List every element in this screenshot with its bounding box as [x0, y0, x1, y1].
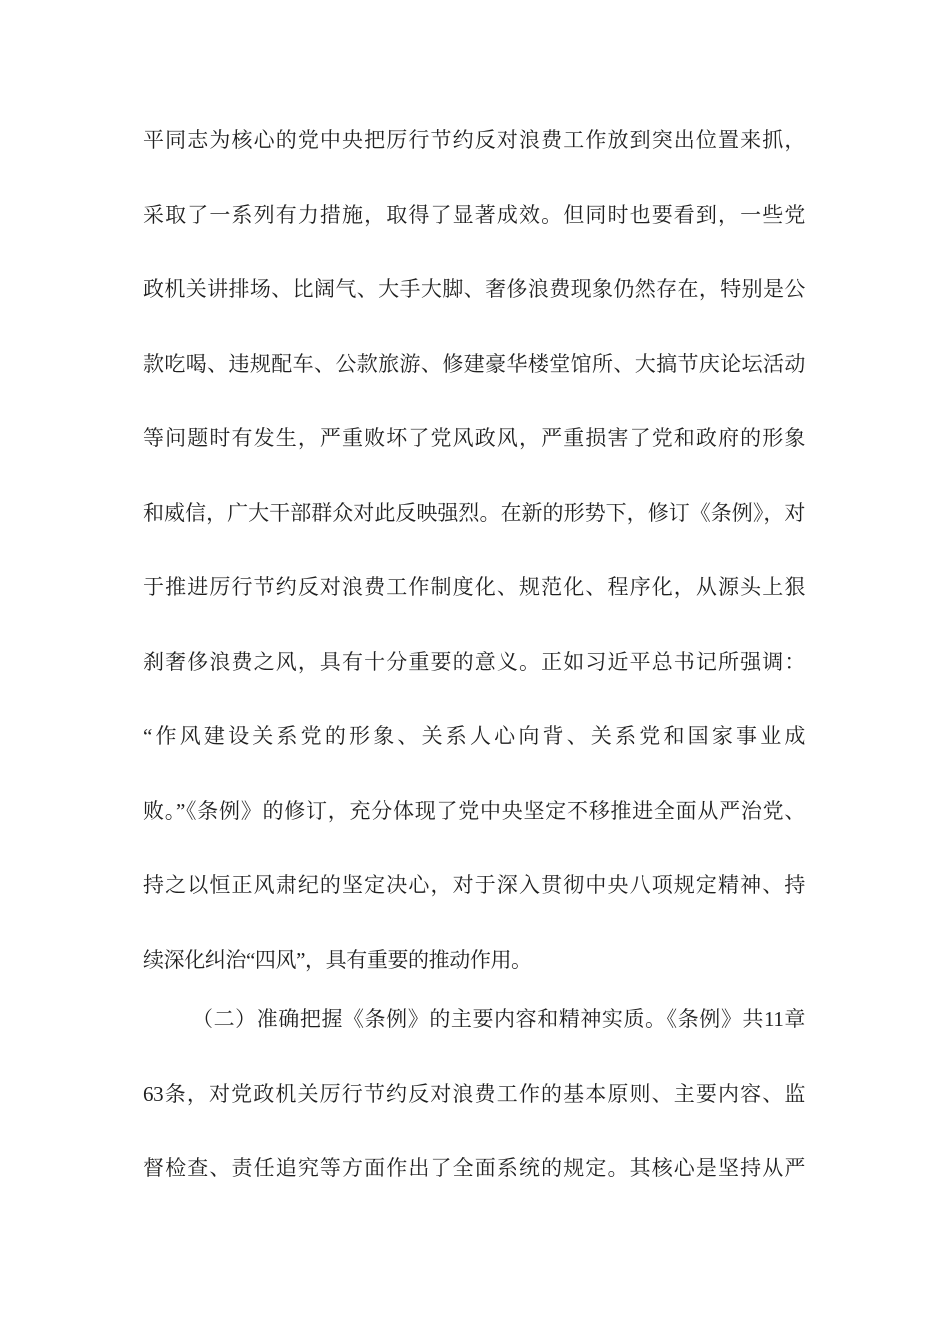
paragraph-continuation: 平同志为核心的党中央把厉行节约反对浪费工作放到突出位置来抓， 采取了一系列有力措… — [143, 103, 805, 997]
text-line: 平同志为核心的党中央把厉行节约反对浪费工作放到突出位置来抓， — [143, 103, 805, 178]
text-line: 于推进厉行节约反对浪费工作制度化、规范化、程序化，从源头上狠 — [143, 550, 805, 625]
paragraph-section-2: （二）准确把握《条例》的主要内容和精神实质。《条例》共11章 63条，对党政机关… — [143, 982, 805, 1206]
text-line: “作风建设关系党的形象、关系人心向背、关系党和国家事业成 — [143, 699, 805, 774]
text-line: 败。”《条例》的修订，充分体现了党中央坚定不移推进全面从严治党、 — [143, 774, 805, 849]
text-line: （二）准确把握《条例》的主要内容和精神实质。《条例》共11章 — [143, 982, 805, 1057]
text-line: 款吃喝、违规配车、公款旅游、修建豪华楼堂馆所、大搞节庆论坛活动 — [143, 327, 805, 402]
text-line: 采取了一系列有力措施，取得了显著成效。但同时也要看到，一些党 — [143, 178, 805, 253]
text-line: 刹奢侈浪费之风，具有十分重要的意义。正如习近平总书记所强调： — [143, 625, 805, 700]
document-page: 平同志为核心的党中央把厉行节约反对浪费工作放到突出位置来抓， 采取了一系列有力措… — [0, 0, 950, 1344]
text-line: 等问题时有发生，严重败坏了党风政风，严重损害了党和政府的形象 — [143, 401, 805, 476]
text-line: 督检查、责任追究等方面作出了全面系统的规定。其核心是坚持从严 — [143, 1131, 805, 1206]
text-line: 持之以恒正风肃纪的坚定决心，对于深入贯彻中央八项规定精神、持 — [143, 848, 805, 923]
text-line: 和威信，广大干部群众对此反映强烈。在新的形势下，修订《条例》，对 — [143, 476, 805, 551]
text-line: 政机关讲排场、比阔气、大手大脚、奢侈浪费现象仍然存在，特别是公 — [143, 252, 805, 327]
text-line: 63条，对党政机关厉行节约反对浪费工作的基本原则、主要内容、监 — [143, 1057, 805, 1132]
